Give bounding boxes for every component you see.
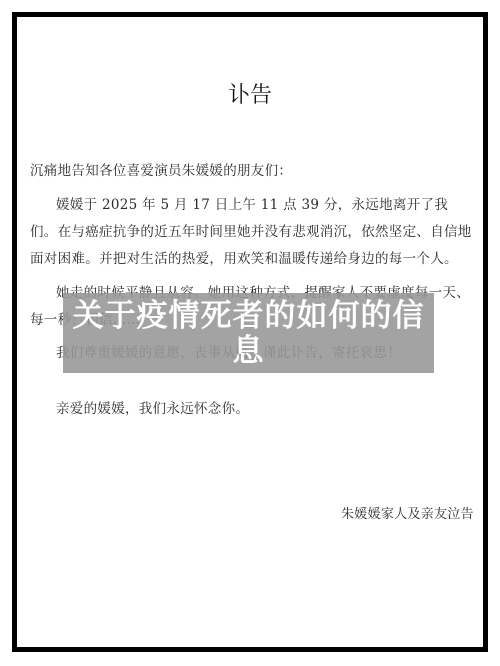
overlay-headline: 关于疫情死者的如何的信息 <box>63 299 434 369</box>
paragraph-remembrance: 亲爱的媛媛，我们永远怀念你。 <box>56 396 249 423</box>
headline-overlay-banner[interactable]: 关于疫情死者的如何的信息 <box>63 293 434 373</box>
signature-line: 朱媛媛家人及亲友泣告 <box>341 503 474 522</box>
document-title: 讣告 <box>0 78 500 109</box>
paragraph-death-notice: 媛媛于 2025 年 5 月 17 日上午 11 点 39 分，永远地离开了我们… <box>30 192 475 273</box>
greeting-line: 沉痛地告知各位喜爱演员朱媛媛的朋友们： <box>30 158 292 185</box>
